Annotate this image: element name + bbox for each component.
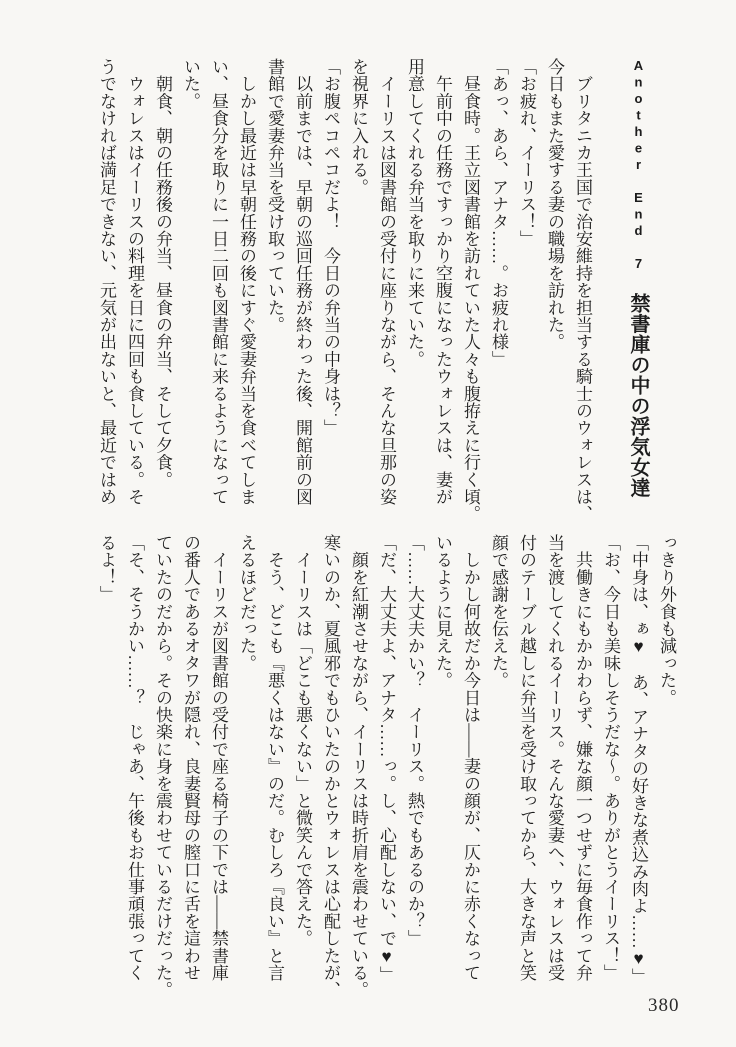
text-line: るよ！」 xyxy=(92,534,120,1004)
text-line: を視界に入れる。 xyxy=(344,58,372,528)
text-line: 用意してくれる弁当を取りに来ていた。 xyxy=(400,58,428,528)
scanned-book-page: { "page": { "number": "380" }, "colors":… xyxy=(0,0,736,1047)
page-number: 380 xyxy=(648,995,680,1017)
text-line: 今日もまた愛する妻の職場を訪れた。 xyxy=(540,58,568,528)
text-line: 共働きにもかかわらず、嫌な顔一つせずに毎食作って弁 xyxy=(568,534,596,1004)
text-line: 「中身は、ぁ♥ あ、アナタの好きな煮込み肉よ……♥」 xyxy=(624,534,652,1004)
text-line: そう、どこも『悪くはない』のだ。むしろ『良い』と言 xyxy=(260,534,288,1004)
top-text-block: Another End 7 禁書庫の中の浮気女達 ブリタニカ王国で治安維持を担当… xyxy=(92,58,680,528)
text-line: ウォレスはイーリスの料理を日に四回も食している。そ xyxy=(120,58,148,528)
text-line: 「……大丈夫かい？ イーリス。熱でもあるのか？」 xyxy=(400,534,428,1004)
text-line: 顔を紅潮させながら、イーリスは時折肩を震わせている。 xyxy=(344,534,372,1004)
section-title-kanji: 禁書庫の中の浮気女達 xyxy=(627,273,649,499)
text-line xyxy=(596,58,624,528)
section-title-line: Another End 7 禁書庫の中の浮気女達 xyxy=(624,58,652,528)
text-line: いるように見えた。 xyxy=(428,534,456,1004)
text-line: 寒いのか、夏風邪でもひいたのかとウォレスは心配したが、 xyxy=(316,534,344,1004)
text-line: ブリタニカ王国で治安維持を担当する騎士のウォレスは、 xyxy=(568,58,596,528)
text-line: っきり外食も減った。 xyxy=(652,534,680,1004)
text-line: 「お疲れ、イーリス！」 xyxy=(512,58,540,528)
text-line: 「お、今日も美味しそうだな〜。ありがとうイーリス！」 xyxy=(596,534,624,1004)
text-line: ていたのだから。その快楽に身を震わせているだけだった。 xyxy=(148,534,176,1004)
text-line: しかし最近は早朝任務の後にすぐ愛妻弁当を食べてしま xyxy=(232,58,260,528)
text-line: イーリスは図書館の受付に座りながら、そんな旦那の姿 xyxy=(372,58,400,528)
text-line: 「だ、大丈夫よ、アナタ……っ。し、心配しない、で♥」 xyxy=(372,534,400,1004)
text-line: い、昼食分を取りに一日二回も図書館に来るようになって xyxy=(204,58,232,528)
text-line: いた。 xyxy=(176,58,204,528)
text-line: えるほどだった。 xyxy=(232,534,260,1004)
section-title-latin: Another End 7 xyxy=(631,58,646,273)
text-line: 当を渡してくれるイーリス。そんな愛妻へ、ウォレスは受 xyxy=(540,534,568,1004)
text-line: 「お腹ペコペコだよ！ 今日の弁当の中身は？」 xyxy=(316,58,344,528)
text-line: イーリスが図書館の受付で座る椅子の下では——禁書庫 xyxy=(204,534,232,1004)
text-line: 「あっ、あら、アナタ……。お疲れ様」 xyxy=(484,58,512,528)
bottom-text-block: っきり外食も減った。「中身は、ぁ♥ あ、アナタの好きな煮込み肉よ……♥」「お、今… xyxy=(92,534,680,1004)
text-line: 顔で感謝を伝えた。 xyxy=(484,534,512,1004)
text-line xyxy=(652,58,680,528)
text-line: うでなければ満足できない、元気が出ないと、最近ではめ xyxy=(92,58,120,528)
text-line: イーリスは「どこも悪くない」と微笑んで答えた。 xyxy=(288,534,316,1004)
text-line: 以前までは、早朝の巡回任務が終わった後、開館前の図 xyxy=(288,58,316,528)
text-line: 付のテーブル越しに弁当を受け取ってから、大きな声と笑 xyxy=(512,534,540,1004)
page-content: Another End 7 禁書庫の中の浮気女達 ブリタニカ王国で治安維持を担当… xyxy=(0,0,736,1047)
text-line: 昼食時。王立図書館を訪れていた人々も腹拵えに行く頃。 xyxy=(456,58,484,528)
text-line: 午前中の任務ですっかり空腹になったウォレスは、妻が xyxy=(428,58,456,528)
text-line: 朝食、朝の任務後の弁当、昼食の弁当、そして夕食。 xyxy=(148,58,176,528)
text-line: しかし何故だか今日は——妻の顔が、仄かに赤くなって xyxy=(456,534,484,1004)
text-line: 「そ、そうかい……？ じゃあ、午後もお仕事頑張ってく xyxy=(120,534,148,1004)
text-line: の番人であるオタワが隠れ、良妻賢母の膣口に舌を這わせ xyxy=(176,534,204,1004)
text-line: 書館で愛妻弁当を受け取っていた。 xyxy=(260,58,288,528)
